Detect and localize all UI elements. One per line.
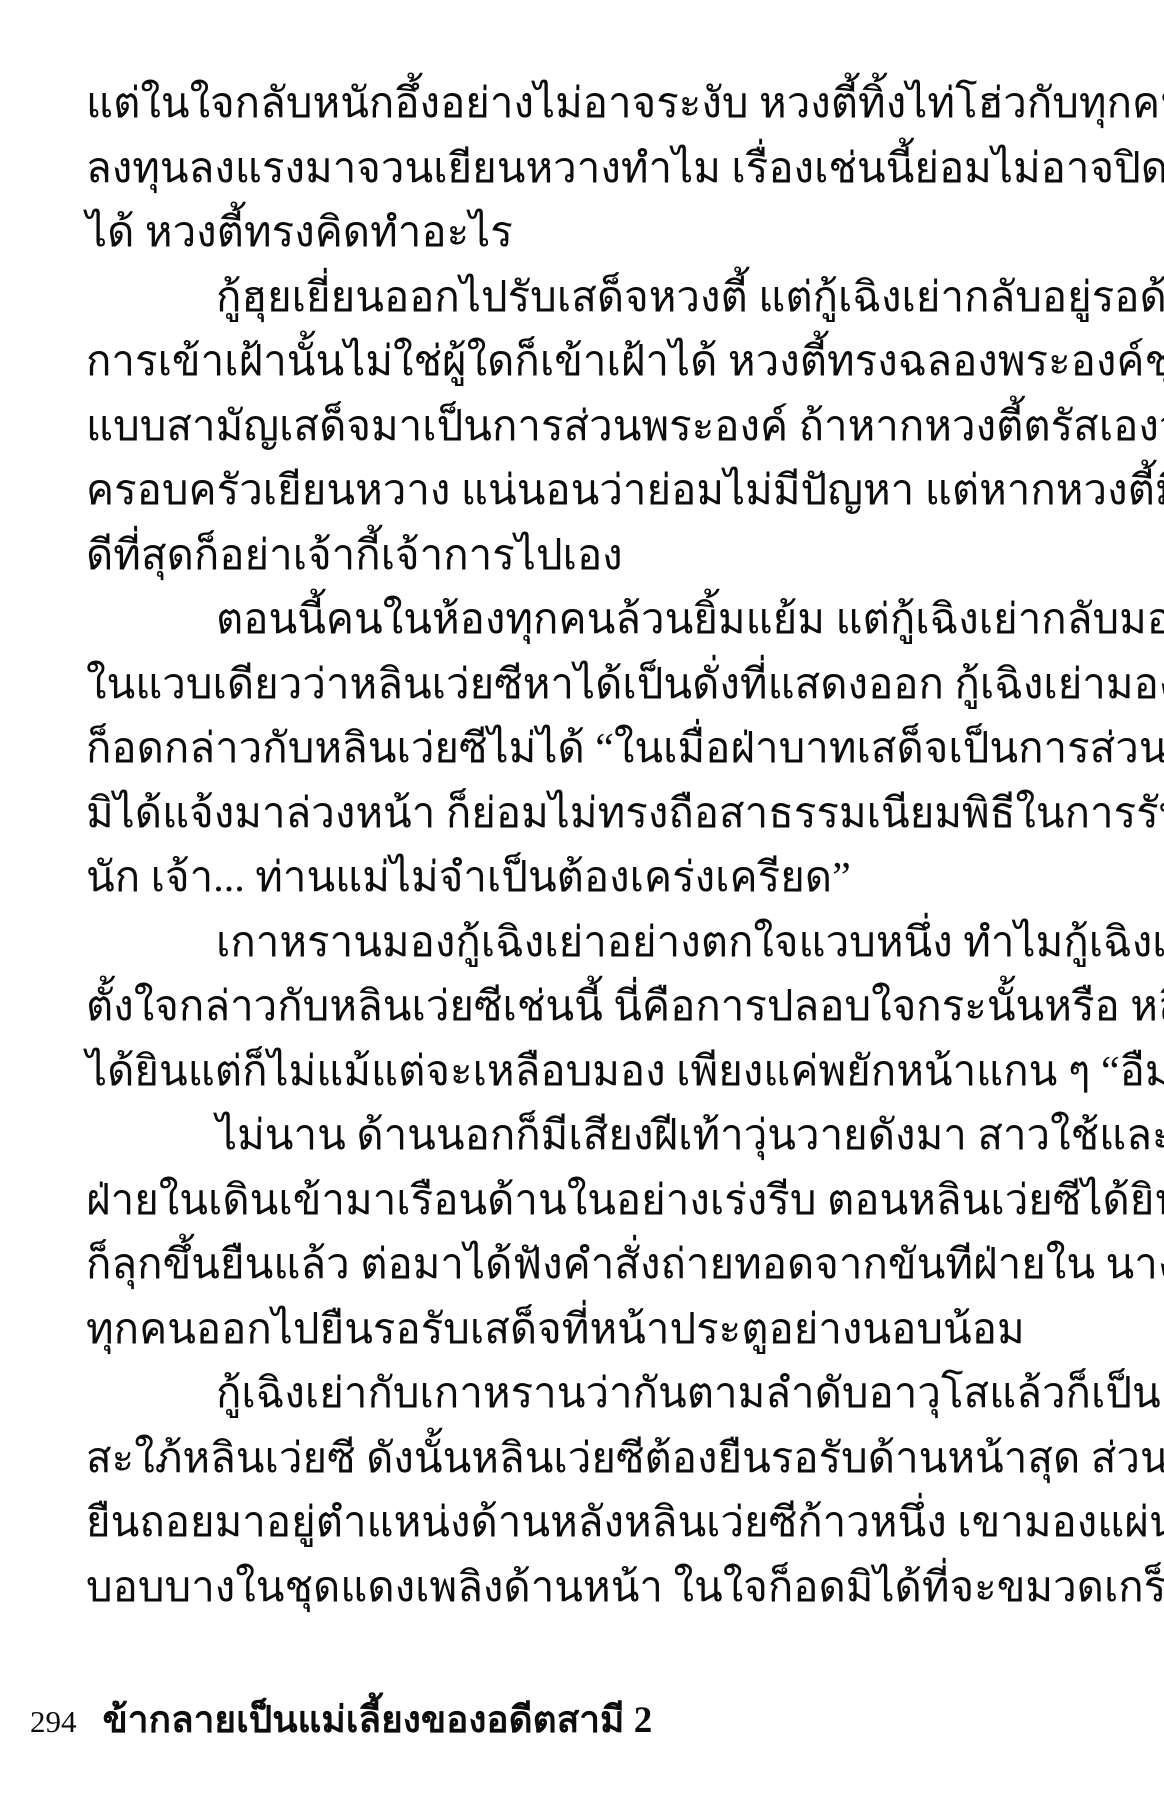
text-line: ทุกคนออกไปยืนรอรับเสด็จที่หน้าประตูอย่าง…: [86, 1298, 946, 1363]
text-line: ตั้งใจกล่าวกับหลินเว่ยซีเช่นนี้ นี่คือกา…: [86, 975, 946, 1040]
text-line: ในแวบเดียวว่าหลินเว่ยซีหาได้เป็นดั่งที่แ…: [86, 653, 946, 718]
book-page: แต่ในใจกลับหนักอึ้งอย่างไม่อาจระงับ หวงต…: [0, 0, 1164, 1800]
text-line: เกาหรานมองกู้เฉิงเย่าอย่างตกใจแวบหนึ่ง ท…: [86, 911, 946, 976]
page-number: 294: [30, 1704, 77, 1740]
text-line: ก็อดกล่าวกับหลินเว่ยซีไม่ได้ “ในเมื่อฝ่า…: [86, 717, 946, 782]
text-line: กู้เฉิงเย่ากับเกาหรานว่ากันตามลำดับอาวุโ…: [86, 1362, 946, 1427]
text-line: ได้ หวงตี้ทรงคิดทำอะไร: [86, 201, 946, 266]
text-line: มิได้แจ้งมาล่วงหน้า ก็ย่อมไม่ทรงถือสาธรร…: [86, 782, 946, 847]
text-line: แบบสามัญเสด็จมาเป็นการส่วนพระองค์ ถ้าหาก…: [86, 395, 946, 460]
text-line: ไม่นาน ด้านนอกก็มีเสียงฝีเท้าวุ่นวายดังม…: [86, 1104, 946, 1169]
text-line: ก็ลุกขึ้นยืนแล้ว ต่อมาได้ฟังคำสั่งถ่ายทอ…: [86, 1233, 946, 1298]
text-line: แต่ในใจกลับหนักอึ้งอย่างไม่อาจระงับ หวงต…: [86, 72, 946, 137]
text-line: ยืนถอยมาอยู่ตำแหน่งด้านหลังหลินเว่ยซีก้า…: [86, 1491, 946, 1556]
text-line: บอบบางในชุดแดงเพลิงด้านหน้า ในใจก็อดมิได…: [86, 1556, 946, 1621]
text-line: กู้ฮุยเยี่ยนออกไปรับเสด็จหวงตี้ แต่กู้เฉ…: [86, 266, 946, 331]
book-title: ข้ากลายเป็นแม่เลี้ยงของอดีตสามี 2: [103, 1690, 653, 1749]
body-text: แต่ในใจกลับหนักอึ้งอย่างไม่อาจระงับ หวงต…: [86, 72, 946, 1620]
text-line: ครอบครัวเยียนหวาง แน่นอนว่าย่อมไม่มีปัญห…: [86, 459, 946, 524]
text-line: ตอนนี้คนในห้องทุกคนล้วนยิ้มแย้ม แต่กู้เฉ…: [86, 588, 946, 653]
text-line: นัก เจ้า... ท่านแม่ไม่จำเป็นต้องเคร่งเคร…: [86, 846, 946, 911]
text-line: ฝ่ายในเดินเข้ามาเรือนด้านในอย่างเร่งรีบ …: [86, 1169, 946, 1234]
text-line: สะใภ้หลินเว่ยซี ดังนั้นหลินเว่ยซีต้องยืน…: [86, 1427, 946, 1492]
text-line: ดีที่สุดก็อย่าเจ้ากี้เจ้าการไปเอง: [86, 524, 946, 589]
text-line: ลงทุนลงแรงมาจวนเยียนหวางทำไม เรื่องเช่นน…: [86, 137, 946, 202]
page-footer: 294 ข้ากลายเป็นแม่เลี้ยงของอดีตสามี 2: [30, 1690, 1130, 1749]
text-line: การเข้าเฝ้านั้นไม่ใช่ผู้ใดก็เข้าเฝ้าได้ …: [86, 330, 946, 395]
text-line: ได้ยินแต่ก็ไม่แม้แต่จะเหลือบมอง เพียงแค่…: [86, 1040, 946, 1105]
